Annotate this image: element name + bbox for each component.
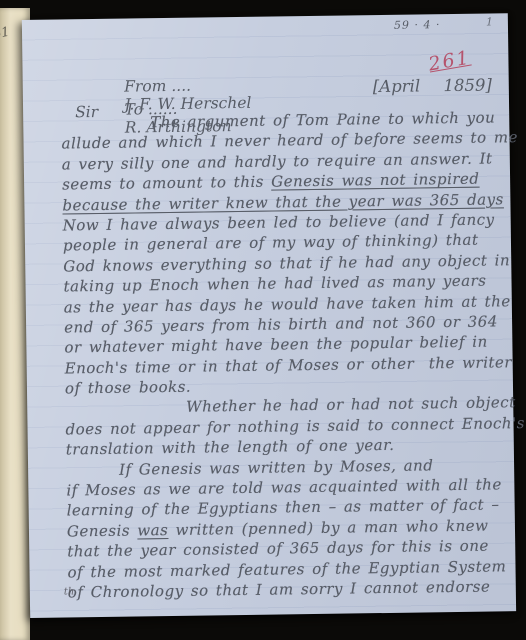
letter-paper: 59 · 4 · 1 261 From .... J. F. W. Hersch… bbox=[22, 13, 516, 618]
margin-mark-pencil: th bbox=[64, 586, 75, 597]
photographed-letter-scene: 61 59 · 4 · 1 261 From .... J. F. W. Her… bbox=[0, 0, 526, 640]
letter-text: Genesis bbox=[67, 521, 138, 540]
letter-text: of those books. bbox=[65, 378, 191, 398]
underlined-phrase: was bbox=[137, 521, 168, 539]
archive-page-number: 1 bbox=[486, 15, 494, 28]
letter-text: seems to amount to this bbox=[62, 173, 271, 194]
album-page-number: 61 bbox=[0, 25, 11, 43]
letter-text: If Genesis was written by Moses, and bbox=[119, 456, 434, 478]
letter-date: [April 1859] bbox=[373, 75, 492, 96]
from-row: From .... J. F. W. Herschel bbox=[84, 58, 251, 83]
archive-reference: 59 · 4 · 1 bbox=[394, 15, 524, 35]
from-label: From .... bbox=[124, 76, 210, 95]
letter-text: of Chronology so that I am sorry I canno… bbox=[68, 578, 491, 602]
underlined-phrase: Genesis was not inspired bbox=[271, 170, 480, 191]
archive-ref-number: 59 · 4 · bbox=[394, 18, 441, 32]
item-number-red-ink: 261 bbox=[427, 47, 472, 76]
letter-body: The argument of Tom Paine to which youal… bbox=[61, 107, 508, 602]
letter-header: From .... J. F. W. Herschel To ...... R.… bbox=[84, 58, 251, 106]
letter-text: translation with the length of one year. bbox=[66, 436, 395, 459]
